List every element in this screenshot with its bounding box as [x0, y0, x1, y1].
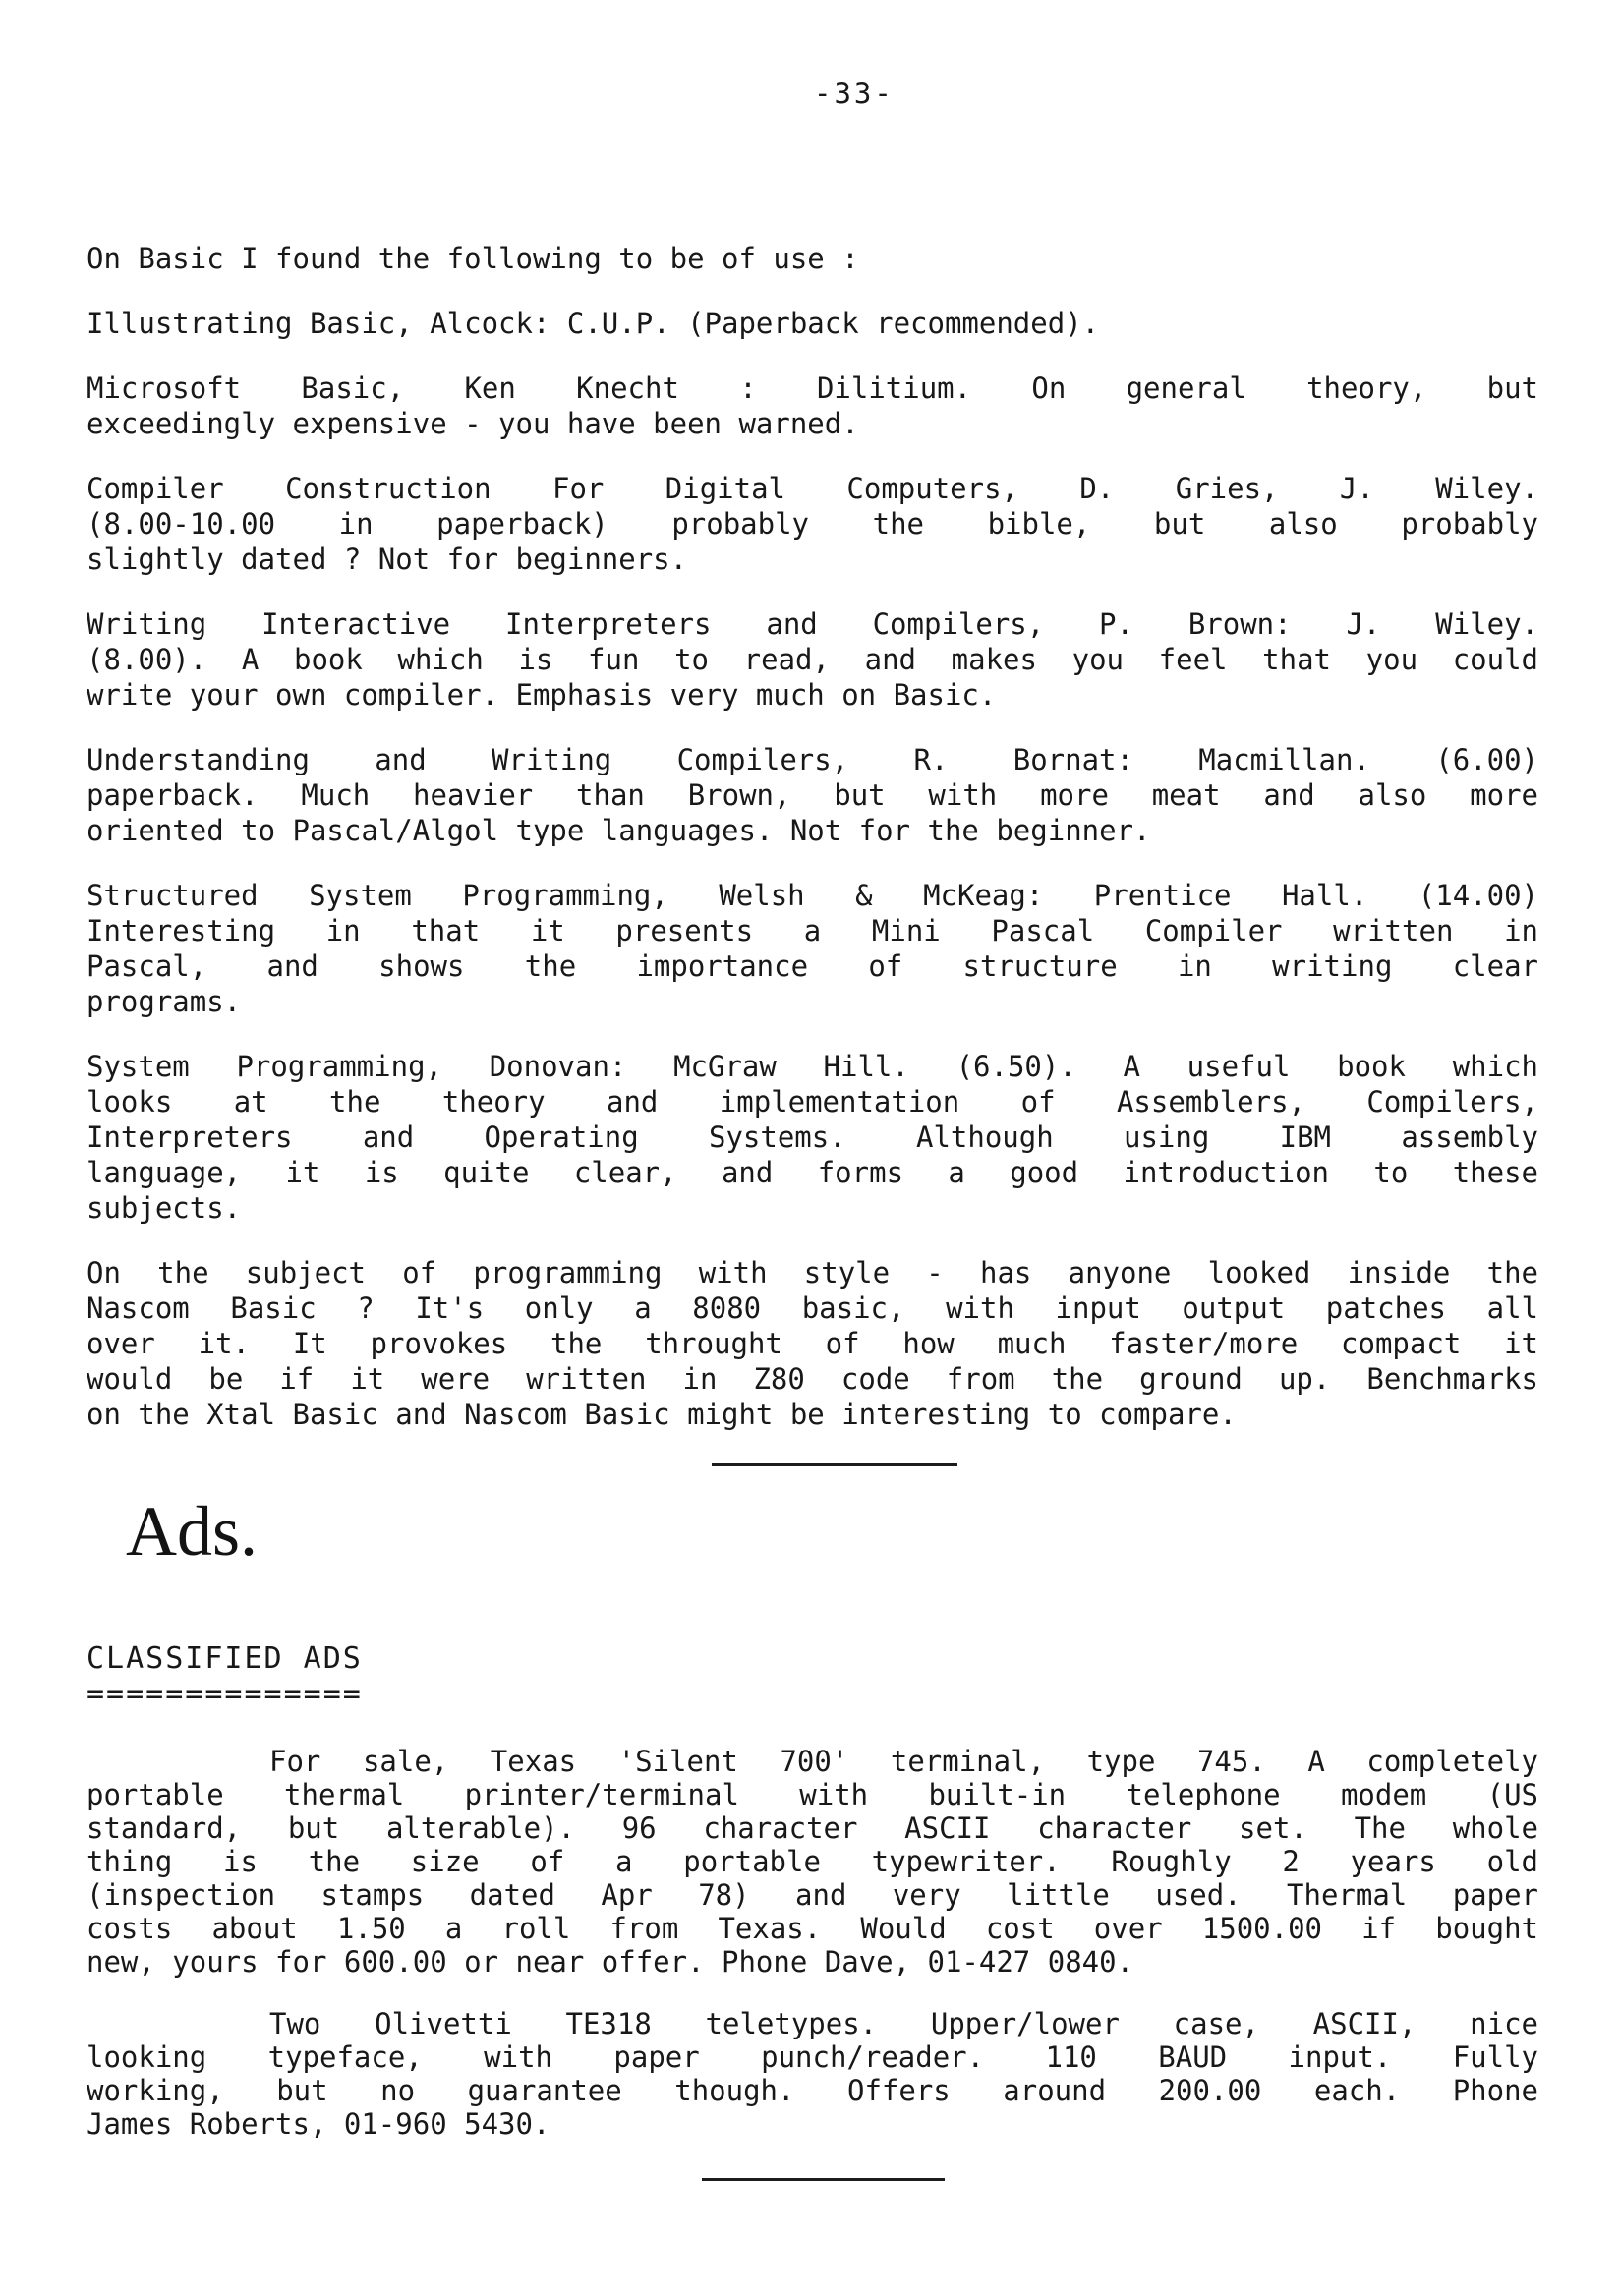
paragraph: System Programming, Donovan: McGraw Hill…: [87, 1049, 1538, 1226]
paragraph: Writing Interactive Interpreters and Com…: [87, 606, 1538, 713]
text-line: (8.00-10.00 in paperback) probably the b…: [87, 506, 1538, 542]
text-line: Interpreters and Operating Systems. Alth…: [87, 1119, 1538, 1155]
paragraph: On the subject of programming with style…: [87, 1255, 1538, 1432]
text-line: Nascom Basic ? It's only a 8080 basic, w…: [87, 1291, 1538, 1326]
paragraph: Illustrating Basic, Alcock: C.U.P. (Pape…: [87, 306, 1538, 341]
ad-line: For sale, Texas 'Silent 700' terminal, t…: [87, 1745, 1538, 1778]
ad-line: (inspection stamps dated Apr 78) and ver…: [87, 1878, 1538, 1912]
page-content: On Basic I found the following to be of …: [87, 241, 1538, 2181]
text-line: subjects.: [87, 1190, 1538, 1226]
section-separator-bottom: [702, 2178, 945, 2181]
text-line: language, it is quite clear, and forms a…: [87, 1155, 1538, 1190]
text-line: On the subject of programming with style…: [87, 1255, 1538, 1291]
page-number: -33-: [814, 77, 895, 110]
ad-line: Two Olivetti TE318 teletypes. Upper/lowe…: [87, 2007, 1538, 2040]
classified-ad: Two Olivetti TE318 teletypes. Upper/lowe…: [87, 2007, 1538, 2141]
classified-ad: For sale, Texas 'Silent 700' terminal, t…: [87, 1745, 1538, 1979]
ads-heading: Ads.: [126, 1492, 1538, 1571]
classified-ads-title: CLASSIFIED ADS: [87, 1641, 1538, 1677]
text-line: paperback. Much heavier than Brown, but …: [87, 777, 1538, 813]
text-line: Understanding and Writing Compilers, R. …: [87, 742, 1538, 777]
paragraph: Structured System Programming, Welsh & M…: [87, 878, 1538, 1019]
paragraph: Understanding and Writing Compilers, R. …: [87, 742, 1538, 848]
text-line: Interesting in that it presents a Mini P…: [87, 913, 1538, 948]
classified-ads-underline: ==============: [87, 1677, 1538, 1712]
text-line: (8.00). A book which is fun to read, and…: [87, 642, 1538, 677]
text-line: oriented to Pascal/Algol type languages.…: [87, 813, 1538, 848]
bibliography: On Basic I found the following to be of …: [87, 241, 1538, 1432]
text-line: Structured System Programming, Welsh & M…: [87, 878, 1538, 913]
text-line: Pascal, and shows the importance of stru…: [87, 948, 1538, 984]
ad-line: portable thermal printer/terminal with b…: [87, 1778, 1538, 1811]
text-line: On Basic I found the following to be of …: [87, 241, 1538, 276]
text-line: exceedingly expensive - you have been wa…: [87, 406, 1538, 441]
ad-line: James Roberts, 01-960 5430.: [87, 2107, 1538, 2141]
text-line: Illustrating Basic, Alcock: C.U.P. (Pape…: [87, 306, 1538, 341]
text-line: System Programming, Donovan: McGraw Hill…: [87, 1049, 1538, 1084]
text-line: on the Xtal Basic and Nascom Basic might…: [87, 1397, 1538, 1432]
ad-line: thing is the size of a portable typewrit…: [87, 1845, 1538, 1878]
section-separator-top: [712, 1463, 957, 1466]
text-line: looks at the theory and implementation o…: [87, 1084, 1538, 1119]
ad-line: new, yours for 600.00 or near offer. Pho…: [87, 1945, 1538, 1979]
paragraph: On Basic I found the following to be of …: [87, 241, 1538, 276]
text-line: would be if it were written in Z80 code …: [87, 1361, 1538, 1397]
ad-line: working, but no guarantee though. Offers…: [87, 2074, 1538, 2107]
paragraph: Compiler Construction For Digital Comput…: [87, 471, 1538, 577]
ad-line: looking typeface, with paper punch/reade…: [87, 2040, 1538, 2074]
ad-line: standard, but alterable). 96 character A…: [87, 1811, 1538, 1845]
paragraph: Microsoft Basic, Ken Knecht : Dilitium. …: [87, 371, 1538, 441]
text-line: Writing Interactive Interpreters and Com…: [87, 606, 1538, 642]
text-line: Microsoft Basic, Ken Knecht : Dilitium. …: [87, 371, 1538, 406]
text-line: programs.: [87, 984, 1538, 1019]
text-line: slightly dated ? Not for beginners.: [87, 542, 1538, 577]
text-line: write your own compiler. Emphasis very m…: [87, 677, 1538, 713]
text-line: over it. It provokes the throught of how…: [87, 1326, 1538, 1361]
classified-ads-list: For sale, Texas 'Silent 700' terminal, t…: [87, 1745, 1538, 2141]
ad-line: costs about 1.50 a roll from Texas. Woul…: [87, 1912, 1538, 1945]
text-line: Compiler Construction For Digital Comput…: [87, 471, 1538, 506]
